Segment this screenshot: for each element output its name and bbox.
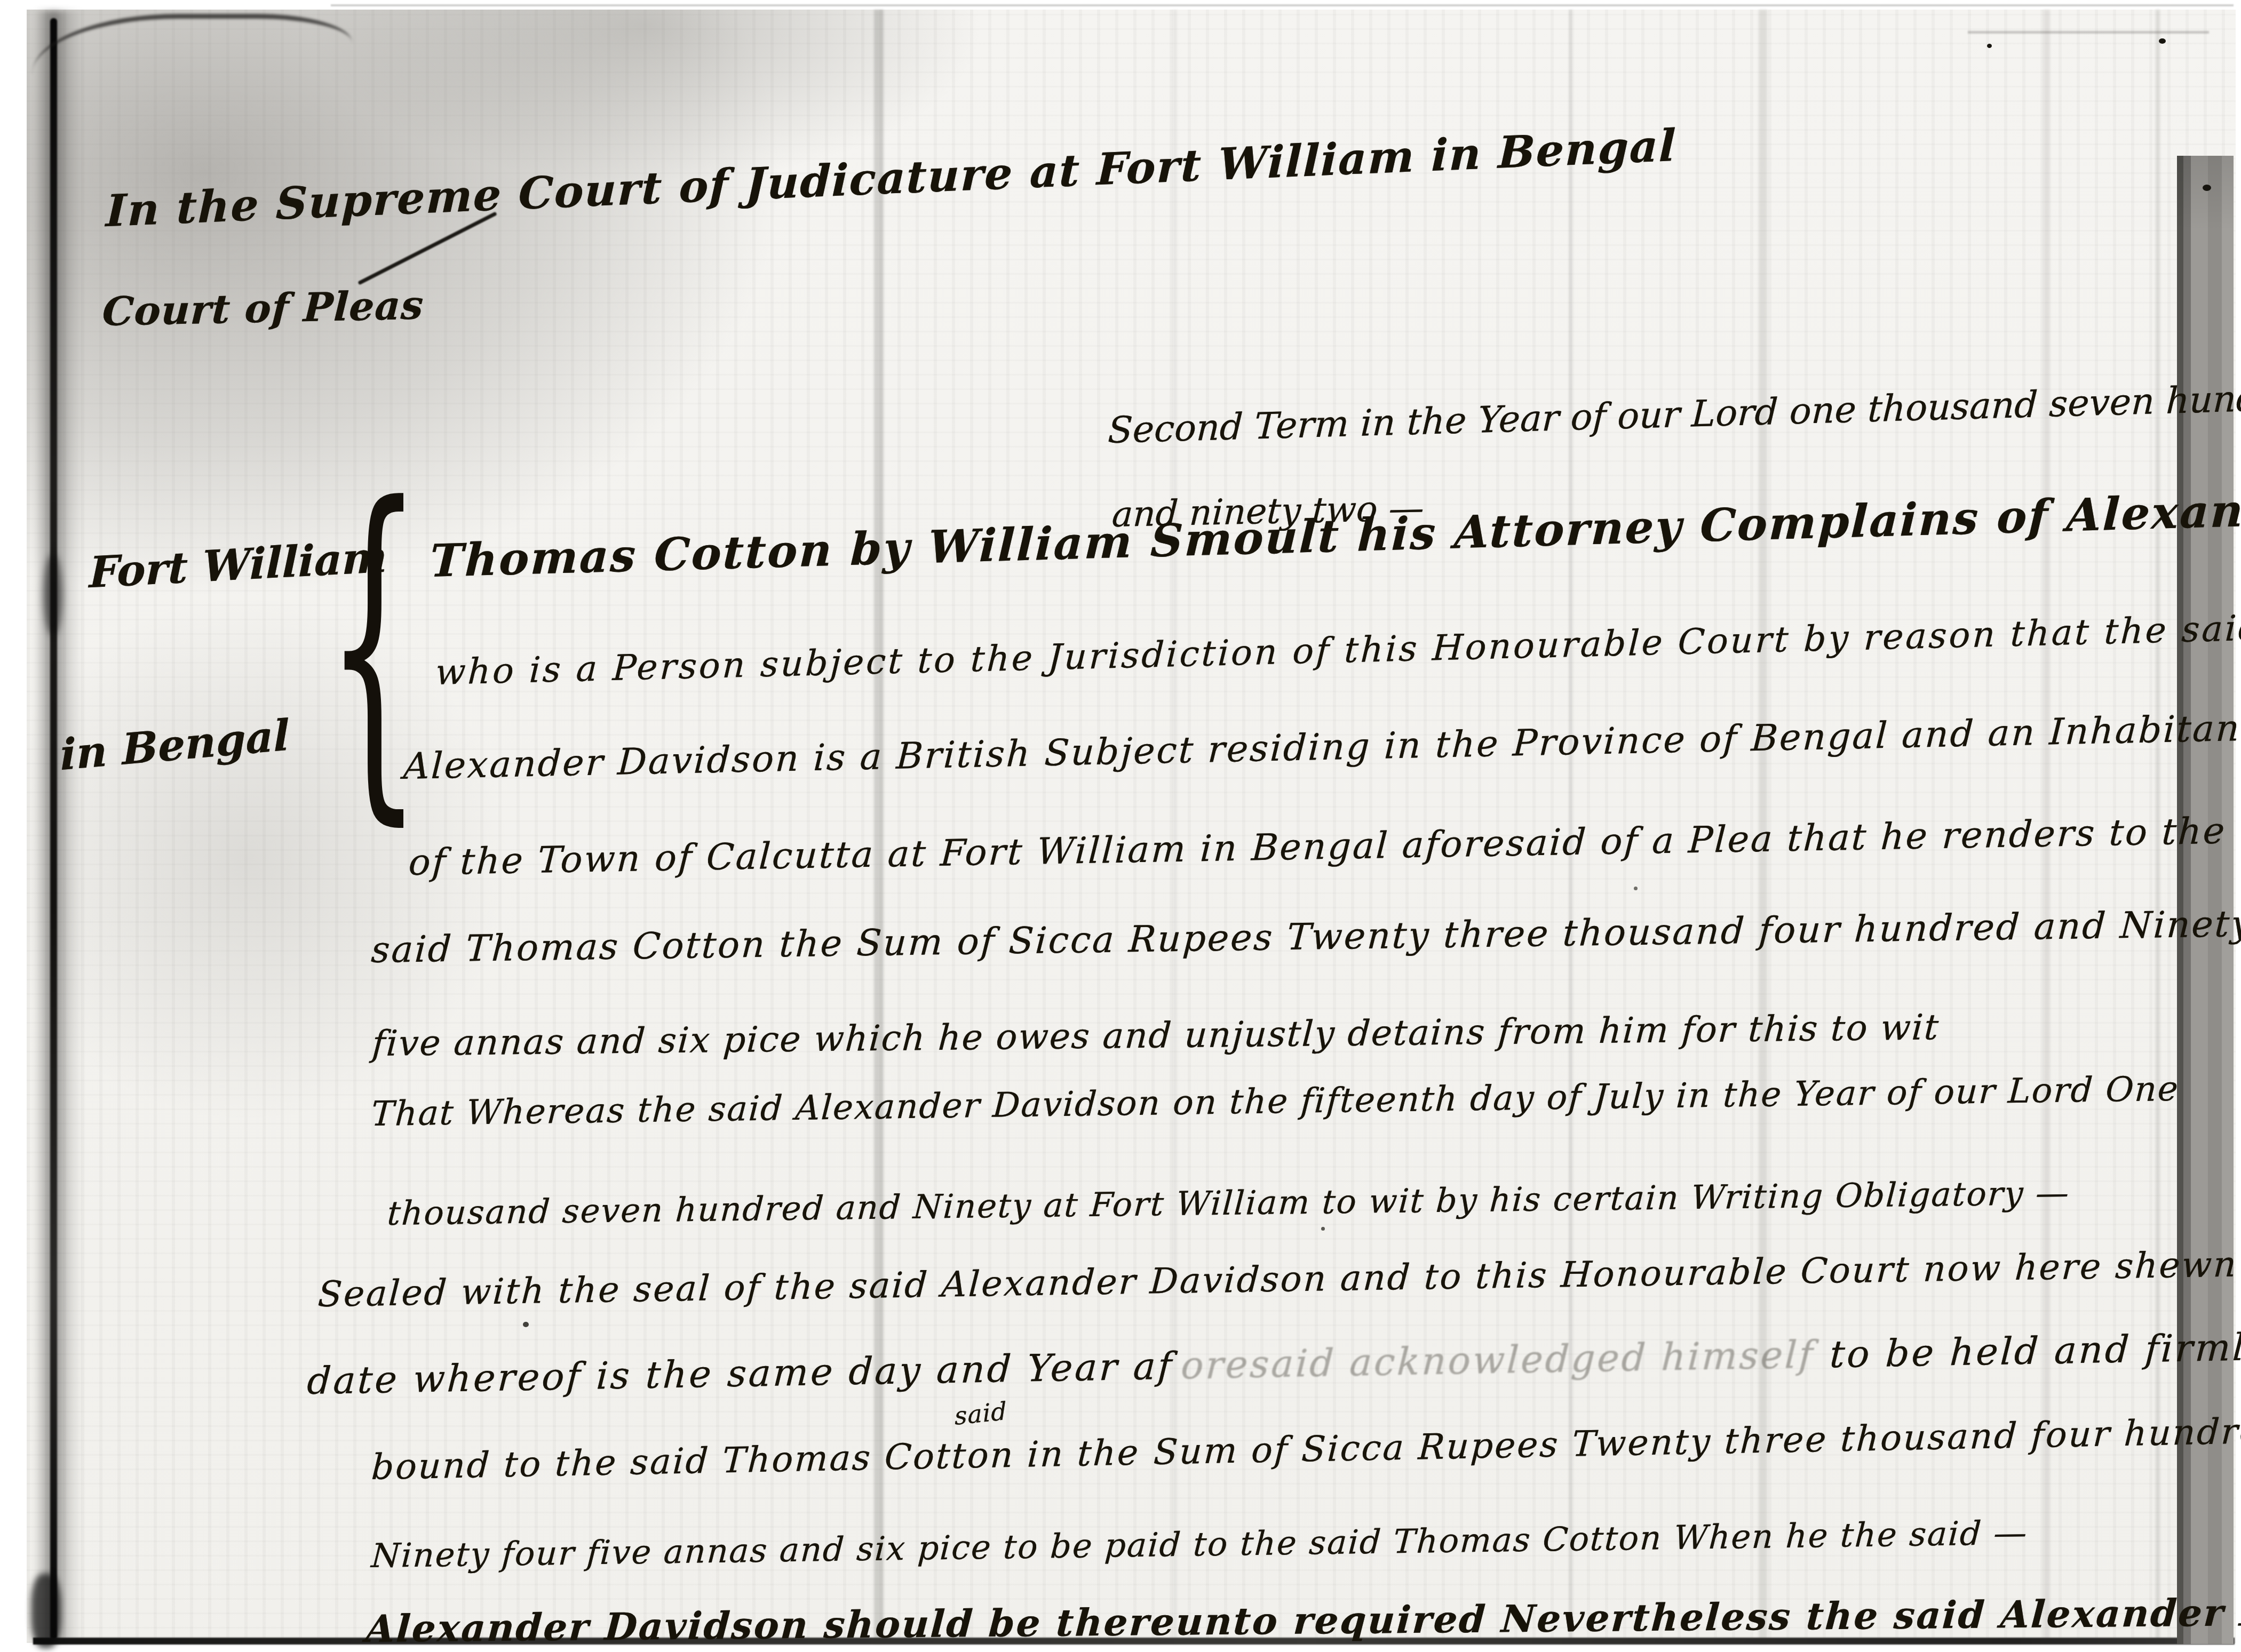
binding-shadow (34, 11, 82, 1642)
binding-bottom-shadow (31, 1574, 61, 1648)
scanned-document-page: In the Supreme Court of Judicature at Fo… (0, 0, 2241, 1652)
binding-ink-blob (44, 555, 62, 635)
margin-brace: { (325, 502, 423, 785)
scan-speck (523, 1322, 529, 1327)
scan-speck (1987, 44, 1992, 48)
scan-speck (1321, 1227, 1325, 1231)
interlinear-insertion: said (954, 1396, 1008, 1431)
scan-speck (1634, 887, 1638, 890)
vertical-fold-line (874, 10, 884, 1643)
horizontal-crease (1968, 31, 2209, 34)
vertical-fold-line (1173, 10, 1177, 1643)
page-top-edge (331, 4, 2234, 6)
body-text-segment: to be held and firmly (1829, 1325, 2241, 1376)
binding-edge (50, 18, 57, 1640)
court-subheader: Court of Pleas (101, 282, 425, 335)
scan-speck (2203, 185, 2211, 191)
scan-speck (2159, 38, 2166, 44)
